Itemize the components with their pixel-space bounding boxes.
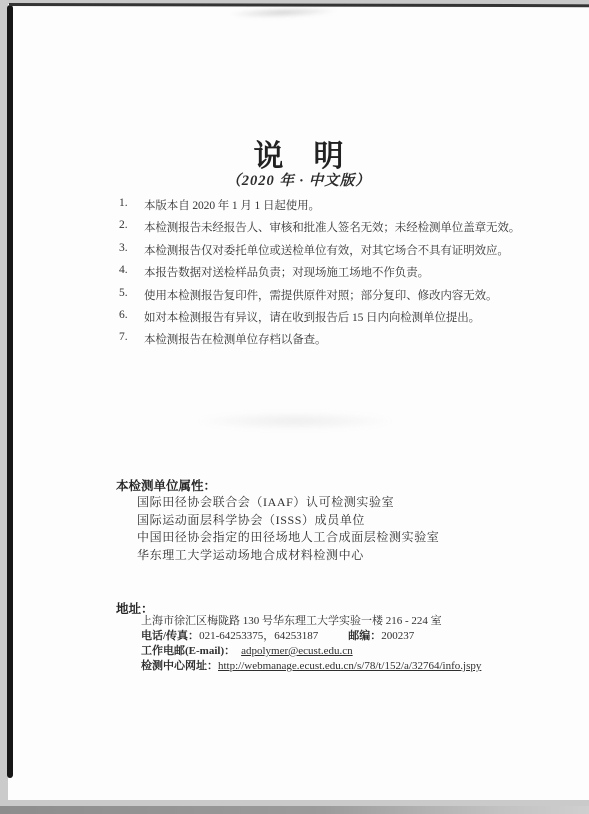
note-text: 本版本自 2020 年 1 月 1 日起使用。 bbox=[144, 197, 320, 213]
attribute-item: 华东理工大学运动场地合成材料检测中心 bbox=[137, 547, 557, 565]
postcode-label: 邮编： bbox=[348, 630, 381, 642]
note-number: 4. bbox=[119, 264, 135, 276]
attributes-heading: 本检测单位属性： bbox=[116, 476, 216, 494]
note-item: 5. 使用本检测报告复印件，需提供原件对照；部分复印、修改内容无效。 bbox=[119, 287, 569, 309]
notes-list: 1. 本版本自 2020 年 1 月 1 日起使用。 2. 本检测报告未经报告人… bbox=[119, 197, 569, 354]
attribute-item: 中国田径协会指定的田径场地人工合成面层检测实验室 bbox=[137, 529, 557, 547]
scan-smudge-ghost bbox=[200, 412, 390, 430]
postcode-value: 200237 bbox=[381, 630, 414, 642]
note-item: 1. 本版本自 2020 年 1 月 1 日起使用。 bbox=[119, 197, 569, 219]
note-number: 1. bbox=[119, 197, 135, 209]
note-number: 6. bbox=[119, 309, 135, 321]
attribute-item: 国际田径协会联合会（IAAF）认可检测实验室 bbox=[137, 494, 557, 512]
note-text: 本检测报告未经报告人、审核和批准人签名无效；未经检测单位盖章无效。 bbox=[144, 219, 520, 235]
note-item: 7. 本检测报告在检测单位存档以备查。 bbox=[119, 331, 569, 353]
website-label: 检测中心网址： bbox=[141, 660, 218, 672]
note-number: 7. bbox=[119, 331, 135, 343]
note-item: 2. 本检测报告未经报告人、审核和批准人签名无效；未经检测单位盖章无效。 bbox=[119, 219, 569, 241]
paper-sheet bbox=[8, 4, 589, 805]
phone-label: 电话/传真： bbox=[141, 630, 199, 642]
contact-website-line: 检测中心网址：http://webmanage.ecust.edu.cn/s/7… bbox=[141, 659, 561, 674]
contact-block: 上海市徐汇区梅陇路 130 号华东理工大学实验一楼 216 - 224 室 电话… bbox=[141, 614, 561, 674]
doc-subtitle: （2020 年 · 中文版） bbox=[8, 169, 589, 190]
note-number: 3. bbox=[119, 242, 135, 254]
attributes-list: 国际田径协会联合会（IAAF）认可检测实验室 国际运动面层科学协会（ISSS）成… bbox=[137, 494, 557, 564]
contact-phone-line: 电话/传真：021-64253375，64253187邮编：200237 bbox=[141, 629, 561, 644]
note-number: 2. bbox=[119, 219, 135, 231]
scan-left-edge-line bbox=[7, 5, 13, 778]
scan-bottom-shadow bbox=[0, 806, 589, 814]
note-text: 如对本检测报告有异议，请在收到报告后 15 日内向检测单位提出。 bbox=[144, 309, 480, 325]
note-item: 6. 如对本检测报告有异议，请在收到报告后 15 日内向检测单位提出。 bbox=[119, 309, 569, 331]
note-text: 使用本检测报告复印件，需提供原件对照；部分复印、修改内容无效。 bbox=[144, 287, 497, 303]
note-number: 5. bbox=[119, 287, 135, 299]
note-text: 本检测报告在检测单位存档以备查。 bbox=[144, 331, 326, 347]
contact-address-line: 上海市徐汇区梅陇路 130 号华东理工大学实验一楼 216 - 224 室 bbox=[141, 614, 561, 629]
email-link[interactable]: adpolymer@ecust.edu.cn bbox=[241, 645, 353, 657]
contact-email-line: 工作电邮(E-mail)：adpolymer@ecust.edu.cn bbox=[141, 644, 561, 659]
website-link[interactable]: http://webmanage.ecust.edu.cn/s/78/t/152… bbox=[218, 660, 481, 672]
address-text: 上海市徐汇区梅陇路 130 号华东理工大学实验一楼 216 - 224 室 bbox=[141, 615, 442, 627]
phone-value: 021-64253375，64253187 bbox=[199, 630, 318, 642]
attribute-item: 国际运动面层科学协会（ISSS）成员单位 bbox=[137, 512, 557, 530]
scanned-document-page: 说 明 （2020 年 · 中文版） 1. 本版本自 2020 年 1 月 1 … bbox=[0, 0, 589, 814]
note-text: 本报告数据对送检样品负责；对现场施工场地不作负责。 bbox=[144, 264, 429, 280]
note-item: 4. 本报告数据对送检样品负责；对现场施工场地不作负责。 bbox=[119, 264, 569, 286]
note-item: 3. 本检测报告仅对委托单位或送检单位有效，对其它场合不具有证明效应。 bbox=[119, 242, 569, 264]
note-text: 本检测报告仅对委托单位或送检单位有效，对其它场合不具有证明效应。 bbox=[144, 242, 509, 258]
email-label: 工作电邮(E-mail)： bbox=[141, 645, 235, 657]
